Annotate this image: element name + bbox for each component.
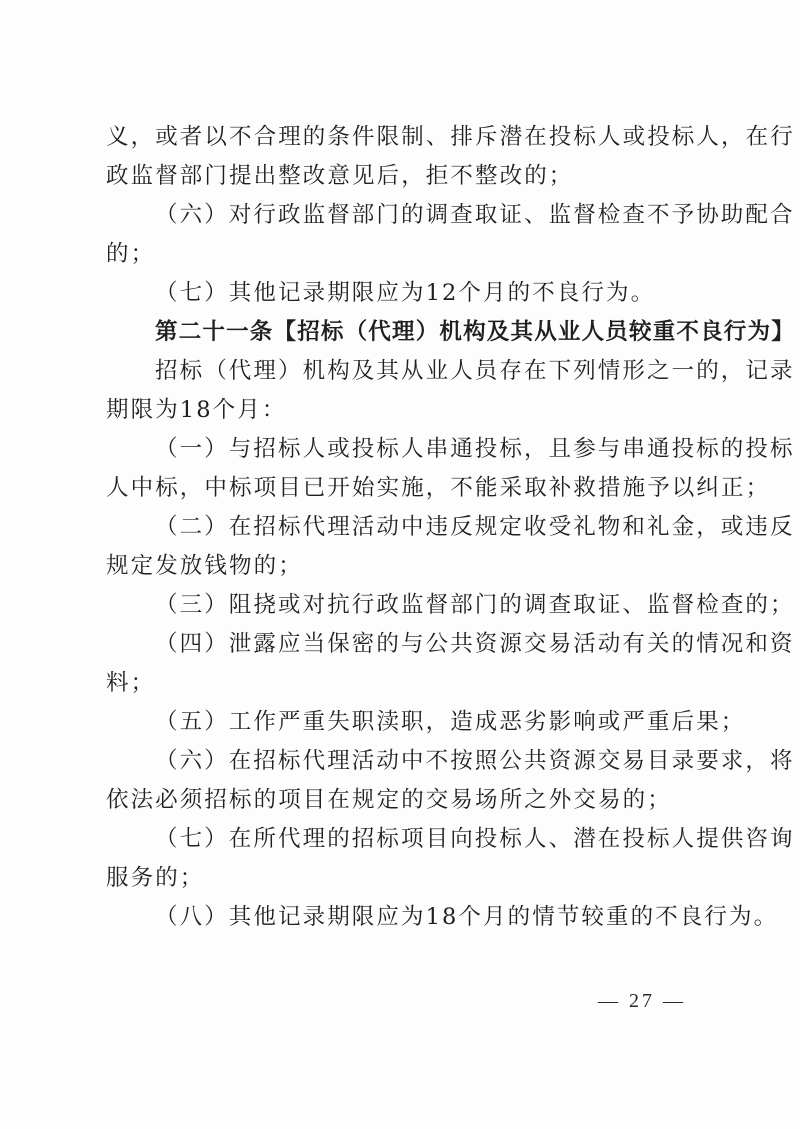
article-21-item-1: （一）与招标人或投标人串通投标，且参与串通投标的投标: [106, 430, 706, 469]
article-21-item-6: （六）在招标代理活动中不按照公共资源交易目录要求，将: [106, 742, 706, 781]
article-21-heading: 第二十一条【招标（代理）机构及其从业人员较重不良行为】: [106, 313, 706, 352]
article-21-item-8: （八）其他记录期限应为18个月的情节较重的不良行为。: [106, 898, 706, 937]
text-line: 服务的；: [106, 859, 706, 898]
document-page: 义，或者以不合理的条件限制、排斥潜在投标人或投标人，在行 政监督部门提出整改意见…: [0, 0, 800, 1129]
article-21-item-7: （七）在所代理的招标项目向投标人、潜在投标人提供咨询: [106, 820, 706, 859]
list-item-7-text: （七）其他记录期限应为12个月的不良行为。: [106, 274, 706, 313]
text-line: 料；: [106, 664, 706, 703]
text-line: 人中标，中标项目已开始实施，不能采取补救措施予以纠正；: [106, 469, 706, 508]
list-item-6-text: （六）对行政监督部门的调查取证、监督检查不予协助配合: [106, 196, 706, 235]
text-line: 义，或者以不合理的条件限制、排斥潜在投标人或投标人，在行: [106, 118, 706, 157]
text-line: 期限为18个月：: [106, 391, 706, 430]
page-number: — 27 —: [598, 990, 686, 1013]
document-body: 义，或者以不合理的条件限制、排斥潜在投标人或投标人，在行 政监督部门提出整改意见…: [106, 118, 706, 937]
article-21-item-5: （五）工作严重失职渎职，造成恶劣影响或严重后果；: [106, 703, 706, 742]
text-line: 政监督部门提出整改意见后，拒不整改的；: [106, 157, 706, 196]
article-21-item-4: （四）泄露应当保密的与公共资源交易活动有关的情况和资: [106, 625, 706, 664]
text-line: 依法必须招标的项目在规定的交易场所之外交易的；: [106, 781, 706, 820]
text-line: 的；: [106, 235, 706, 274]
article-21-intro: 招标（代理）机构及其从业人员存在下列情形之一的，记录: [106, 352, 706, 391]
text-line: 规定发放钱物的；: [106, 547, 706, 586]
article-21-item-2: （二）在招标代理活动中违反规定收受礼物和礼金，或违反: [106, 508, 706, 547]
article-21-item-3: （三）阻挠或对抗行政监督部门的调查取证、监督检查的；: [106, 586, 706, 625]
